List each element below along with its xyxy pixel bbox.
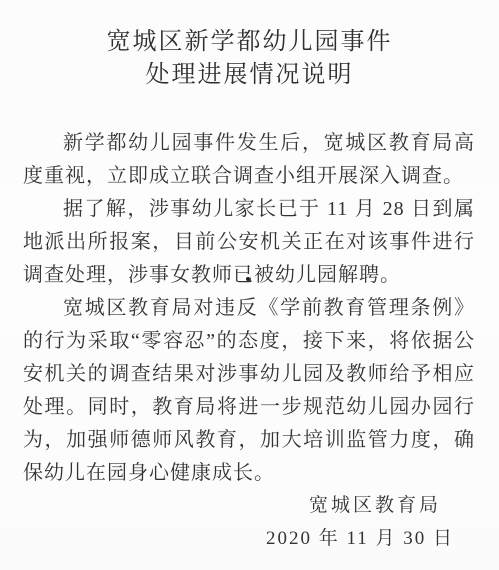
document-title: 宽城区新学都幼儿园事件 处理进展情况说明 [0, 0, 499, 92]
document-footer: 宽城区教育局 2020 年 11 月 30 日 [0, 494, 499, 551]
paragraph-zero-tolerance: 宽城区教育局对违反《学前教育管理条例》的行为采取“零容忍”的态度，接下来，将依据… [23, 292, 475, 490]
document-body: 新学都幼儿园事件发生后，宽城区教育局高度重视，立即成立联合调查小组开展深入调查。… [0, 127, 499, 490]
signature-organization: 宽城区教育局 [0, 494, 499, 518]
document-title-line-2: 处理进展情况说明 [0, 59, 499, 92]
stray-dot-artifact [246, 277, 250, 281]
document-page: 宽城区新学都幼儿园事件 处理进展情况说明 新学都幼儿园事件发生后，宽城区教育局高… [0, 0, 499, 570]
document-date: 2020 年 11 月 30 日 [0, 527, 499, 551]
paragraph-investigation-start: 新学都幼儿园事件发生后，宽城区教育局高度重视，立即成立联合调查小组开展深入调查。 [23, 127, 475, 193]
document-title-line-1: 宽城区新学都幼儿园事件 [0, 26, 499, 59]
